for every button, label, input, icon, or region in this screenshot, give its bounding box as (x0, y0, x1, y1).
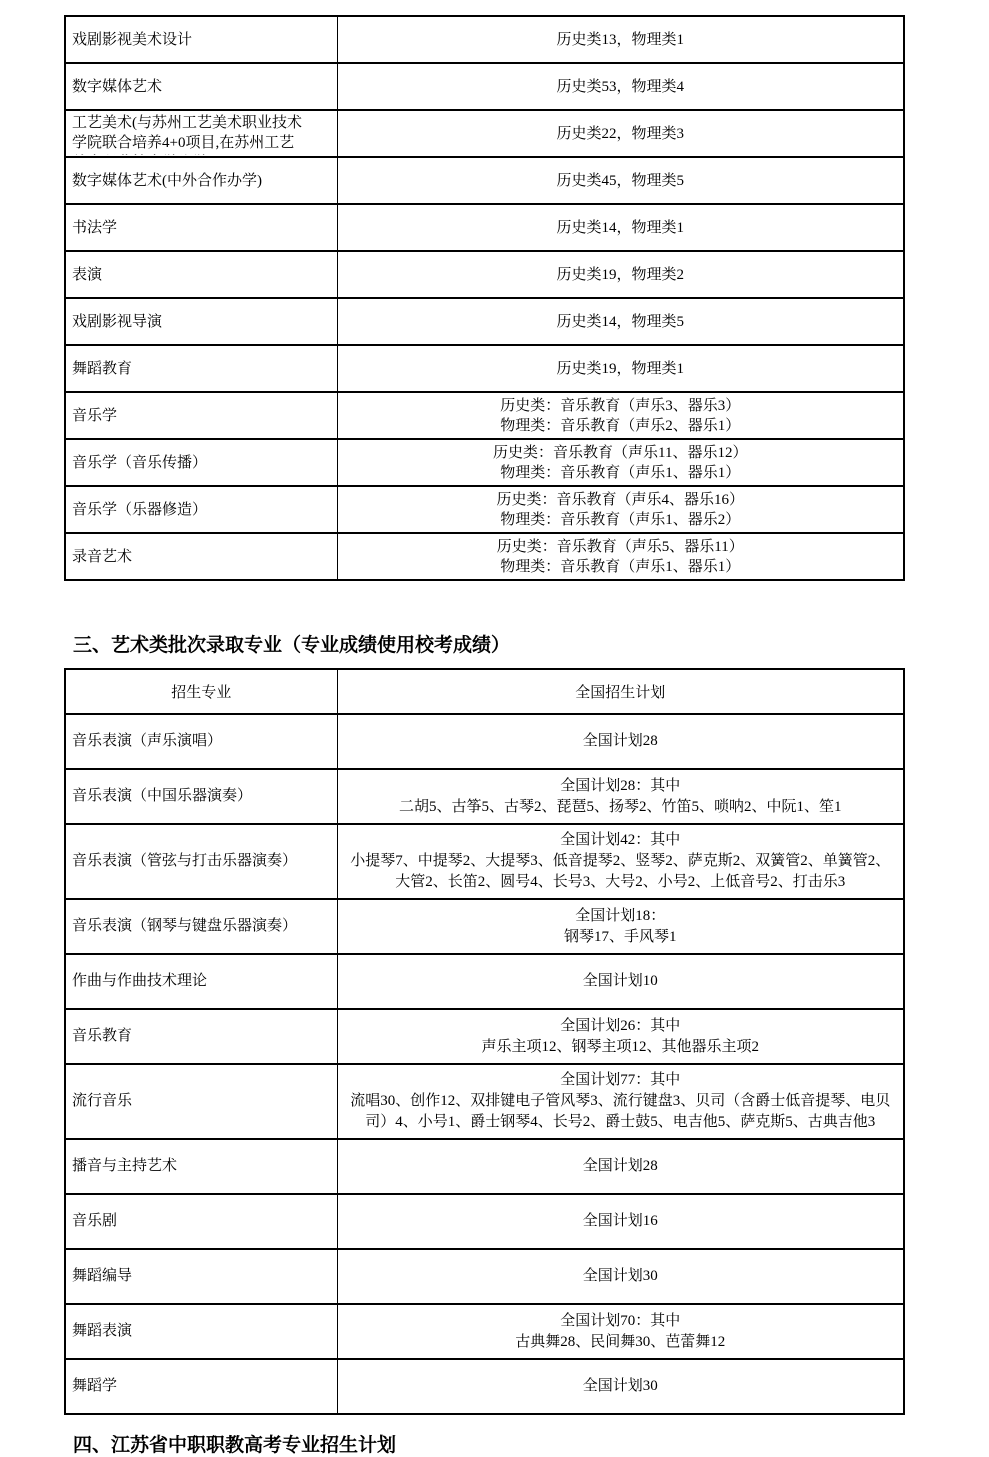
major-text: 数字媒体艺术 (66, 77, 337, 97)
table-row: 舞蹈学全国计划30 (65, 1359, 904, 1401)
text-line: 戏剧影视美术设计 (72, 30, 337, 50)
text-line: 音乐表演（中国乐器演奏） (72, 786, 337, 807)
table-row: 音乐教育全国计划26：其中声乐主项12、钢琴主项12、其他器乐主项2 (65, 1009, 904, 1064)
text-line: 全国计划10 (348, 971, 894, 992)
text-line: 历史类19，物理类2 (338, 265, 904, 285)
table-row: 音乐学（乐器修造）历史类：音乐教育（声乐4、器乐16）物理类：音乐教育（声乐1、… (65, 486, 904, 533)
table-row: 录音艺术历史类：音乐教育（声乐5、器乐11）物理类：音乐教育（声乐1、器乐1） (65, 533, 904, 580)
major-cell: 音乐学（乐器修造） (65, 486, 337, 533)
table-row: 戏剧影视美术设计历史类13，物理类1 (65, 16, 904, 63)
plan-cell: 历史类：音乐教育（声乐3、器乐3）物理类：音乐教育（声乐2、器乐1） (337, 392, 904, 439)
text-line: 小提琴7、中提琴2、大提琴3、低音提琴2、竖琴2、萨克斯2、双簧管2、单簧管2、… (348, 851, 894, 893)
text-line: 钢琴17、手风琴1 (348, 927, 894, 948)
table-row: 书法学历史类14，物理类1 (65, 204, 904, 251)
major-cell: 播音与主持艺术 (65, 1139, 337, 1194)
text-line: 全国计划26：其中 (348, 1016, 894, 1037)
major-cell: 表演 (65, 251, 337, 298)
text-line: 音乐剧 (72, 1211, 337, 1232)
school-exam-plan-table-body: 音乐表演（声乐演唱）全国计划28音乐表演（中国乐器演奏）全国计划28：其中二胡5… (65, 714, 904, 1401)
plan-cell: 全国计划70：其中古典舞28、民间舞30、芭蕾舞12 (337, 1304, 904, 1359)
text-line: 流行音乐 (72, 1091, 337, 1112)
major-cell: 舞蹈教育 (65, 345, 337, 392)
table-row: 舞蹈教育历史类19，物理类1 (65, 345, 904, 392)
major-text: 流行音乐 (66, 1091, 337, 1112)
major-cell: 录音艺术 (65, 533, 337, 580)
plan-cell: 全国计划26：其中声乐主项12、钢琴主项12、其他器乐主项2 (337, 1009, 904, 1064)
text-line: 历史类19，物理类1 (338, 359, 904, 379)
major-cell: 舞蹈表演 (65, 1304, 337, 1359)
plan-cell: 历史类：音乐教育（声乐5、器乐11）物理类：音乐教育（声乐1、器乐1） (337, 533, 904, 580)
text-line: 历史类：音乐教育（声乐11、器乐12） (338, 443, 904, 463)
major-cell: 音乐学（音乐传播） (65, 439, 337, 486)
plan-cell: 历史类14，物理类5 (337, 298, 904, 345)
table-row: 数字媒体艺术(中外合作办学)历史类45，物理类5 (65, 157, 904, 204)
major-text: 工艺美术(与苏州工艺美术职业技术学院联合培养4+0项目,在苏州工艺美术职业技术学… (66, 113, 337, 155)
major-text: 音乐教育 (66, 1026, 337, 1047)
school-exam-plan-table: 招生专业 全国招生计划 音乐表演（声乐演唱）全国计划28音乐表演（中国乐器演奏）… (64, 668, 905, 1401)
plan-cell: 全国计划10 (337, 954, 904, 1009)
major-text: 舞蹈编导 (66, 1266, 337, 1287)
text-line: 历史类：音乐教育（声乐3、器乐3） (338, 396, 904, 416)
table-row: 舞蹈表演全国计划70：其中古典舞28、民间舞30、芭蕾舞12 (65, 1304, 904, 1359)
table-row: 音乐学历史类：音乐教育（声乐3、器乐3）物理类：音乐教育（声乐2、器乐1） (65, 392, 904, 439)
plan-cell: 全国计划28：其中二胡5、古筝5、古琴2、琵琶5、扬琴2、竹笛5、唢呐2、中阮1… (337, 769, 904, 824)
text-line: 数字媒体艺术 (72, 77, 337, 97)
table-row: 戏剧影视导演历史类14，物理类5 (65, 298, 904, 345)
major-text: 音乐学 (66, 406, 337, 426)
major-text: 数字媒体艺术(中外合作办学) (66, 171, 337, 191)
major-cell: 音乐教育 (65, 1009, 337, 1064)
major-cell: 工艺美术(与苏州工艺美术职业技术学院联合培养4+0项目,在苏州工艺美术职业技术学… (65, 110, 337, 157)
text-line: 全国计划16 (348, 1211, 894, 1232)
text-line: 作曲与作曲技术理论 (72, 971, 337, 992)
plan-cell: 历史类22，物理类3 (337, 110, 904, 157)
text-line: 音乐学（音乐传播） (72, 453, 337, 473)
text-line: 全国计划28 (348, 731, 894, 752)
text-line: 全国计划28 (348, 1156, 894, 1177)
major-text: 舞蹈学 (66, 1376, 337, 1397)
text-line: 历史类13，物理类1 (338, 30, 904, 50)
major-text: 舞蹈表演 (66, 1321, 337, 1342)
major-text: 书法学 (66, 218, 337, 238)
text-line: 戏剧影视导演 (72, 312, 337, 332)
plan-cell: 全国计划77：其中流唱30、创作12、双排键电子管风琴3、流行键盘3、贝司（含爵… (337, 1064, 904, 1139)
section-heading-school-exam: 三、艺术类批次录取专业（专业成绩使用校考成绩） (64, 634, 905, 657)
table-row: 音乐学（音乐传播）历史类：音乐教育（声乐11、器乐12）物理类：音乐教育（声乐1… (65, 439, 904, 486)
text-line: 数字媒体艺术(中外合作办学) (72, 171, 337, 191)
major-text: 录音艺术 (66, 547, 337, 567)
text-line: 音乐学 (72, 406, 337, 426)
table-row: 表演历史类19，物理类2 (65, 251, 904, 298)
plan-cell: 全国计划28 (337, 714, 904, 769)
column-header-major: 招生专业 (65, 669, 337, 714)
major-text: 戏剧影视美术设计 (66, 30, 337, 50)
text-line: 全国计划70：其中 (348, 1311, 894, 1332)
table-row: 音乐表演（中国乐器演奏）全国计划28：其中二胡5、古筝5、古琴2、琵琶5、扬琴2… (65, 769, 904, 824)
major-text: 音乐学（音乐传播） (66, 453, 337, 473)
text-line: 历史类45，物理类5 (338, 171, 904, 191)
major-text: 音乐表演（管弦与打击乐器演奏） (66, 851, 337, 872)
major-cell: 音乐剧 (65, 1194, 337, 1249)
major-cell: 数字媒体艺术(中外合作办学) (65, 157, 337, 204)
major-text: 音乐表演（声乐演唱） (66, 731, 337, 752)
text-line: 历史类22，物理类3 (338, 124, 904, 144)
major-text: 作曲与作曲技术理论 (66, 971, 337, 992)
text-line: 历史类：音乐教育（声乐4、器乐16） (338, 490, 904, 510)
column-header-national-plan: 全国招生计划 (337, 669, 904, 714)
major-text: 戏剧影视导演 (66, 312, 337, 332)
text-line: 工艺美术(与苏州工艺美术职业技术 (72, 113, 337, 133)
major-cell: 数字媒体艺术 (65, 63, 337, 110)
document-page: 戏剧影视美术设计历史类13，物理类1数字媒体艺术历史类53，物理类4工艺美术(与… (64, 15, 905, 1401)
plan-cell: 全国计划28 (337, 1139, 904, 1194)
major-cell: 戏剧影视导演 (65, 298, 337, 345)
text-line: 表演 (72, 265, 337, 285)
table-row: 音乐剧全国计划16 (65, 1194, 904, 1249)
text-line: 历史类53，物理类4 (338, 77, 904, 97)
text-line: 物理类：音乐教育（声乐2、器乐1） (338, 416, 904, 436)
text-line: 书法学 (72, 218, 337, 238)
text-line: 古典舞28、民间舞30、芭蕾舞12 (348, 1332, 894, 1353)
plan-cell: 全国计划30 (337, 1359, 904, 1401)
plan-cell: 全国计划30 (337, 1249, 904, 1304)
table-row: 播音与主持艺术全国计划28 (65, 1139, 904, 1194)
major-text: 音乐学（乐器修造） (66, 500, 337, 520)
table-row: 音乐表演（管弦与打击乐器演奏）全国计划42：其中小提琴7、中提琴2、大提琴3、低… (65, 824, 904, 899)
text-line: 舞蹈编导 (72, 1266, 337, 1287)
table-row: 流行音乐全国计划77：其中流唱30、创作12、双排键电子管风琴3、流行键盘3、贝… (65, 1064, 904, 1139)
text-line: 历史类14，物理类1 (338, 218, 904, 238)
text-line: 音乐表演（声乐演唱） (72, 731, 337, 752)
major-cell: 音乐表演（钢琴与键盘乐器演奏） (65, 899, 337, 954)
text-line: 舞蹈表演 (72, 1321, 337, 1342)
text-line: 全国计划28：其中 (348, 776, 894, 797)
plan-cell: 全国计划16 (337, 1194, 904, 1249)
text-line: 全国计划77：其中 (348, 1070, 894, 1091)
plan-cell: 历史类19，物理类1 (337, 345, 904, 392)
provincial-art-plan-table: 戏剧影视美术设计历史类13，物理类1数字媒体艺术历史类53，物理类4工艺美术(与… (64, 15, 905, 581)
table-row: 音乐表演（钢琴与键盘乐器演奏）全国计划18：钢琴17、手风琴1 (65, 899, 904, 954)
major-cell: 书法学 (65, 204, 337, 251)
plan-cell: 历史类14，物理类1 (337, 204, 904, 251)
major-text: 音乐表演（中国乐器演奏） (66, 786, 337, 807)
text-line: 全国计划18： (348, 906, 894, 927)
major-text: 播音与主持艺术 (66, 1156, 337, 1177)
plan-cell: 全国计划42：其中小提琴7、中提琴2、大提琴3、低音提琴2、竖琴2、萨克斯2、双… (337, 824, 904, 899)
text-line: 物理类：音乐教育（声乐1、器乐2） (338, 510, 904, 530)
major-text: 音乐表演（钢琴与键盘乐器演奏） (66, 916, 337, 937)
major-text: 表演 (66, 265, 337, 285)
text-line: 物理类：音乐教育（声乐1、器乐1） (338, 557, 904, 577)
text-line: 音乐表演（管弦与打击乐器演奏） (72, 851, 337, 872)
plan-cell: 历史类：音乐教育（声乐4、器乐16）物理类：音乐教育（声乐1、器乐2） (337, 486, 904, 533)
table-row: 音乐表演（声乐演唱）全国计划28 (65, 714, 904, 769)
plan-cell: 历史类：音乐教育（声乐11、器乐12）物理类：音乐教育（声乐1、器乐1） (337, 439, 904, 486)
text-line: 音乐学（乐器修造） (72, 500, 337, 520)
text-line: 播音与主持艺术 (72, 1156, 337, 1177)
text-line: 音乐教育 (72, 1026, 337, 1047)
school-exam-plan-table-head: 招生专业 全国招生计划 (65, 669, 904, 714)
major-cell: 音乐学 (65, 392, 337, 439)
plan-cell: 历史类19，物理类2 (337, 251, 904, 298)
text-line: 全国计划30 (348, 1376, 894, 1397)
major-cell: 音乐表演（管弦与打击乐器演奏） (65, 824, 337, 899)
major-cell: 作曲与作曲技术理论 (65, 954, 337, 1009)
table-row: 工艺美术(与苏州工艺美术职业技术学院联合培养4+0项目,在苏州工艺美术职业技术学… (65, 110, 904, 157)
text-line: 全国计划30 (348, 1266, 894, 1287)
text-line: 美术职业技术学院学习) (72, 153, 337, 155)
text-line: 舞蹈学 (72, 1376, 337, 1397)
major-cell: 舞蹈编导 (65, 1249, 337, 1304)
major-cell: 舞蹈学 (65, 1359, 337, 1401)
text-line: 声乐主项12、钢琴主项12、其他器乐主项2 (348, 1037, 894, 1058)
major-text: 音乐剧 (66, 1211, 337, 1232)
text-line: 二胡5、古筝5、古琴2、琵琶5、扬琴2、竹笛5、唢呐2、中阮1、笙1 (348, 797, 894, 818)
text-line: 物理类：音乐教育（声乐1、器乐1） (338, 463, 904, 483)
text-line: 历史类：音乐教育（声乐5、器乐11） (338, 537, 904, 557)
major-cell: 戏剧影视美术设计 (65, 16, 337, 63)
table-row: 作曲与作曲技术理论全国计划10 (65, 954, 904, 1009)
table-row: 数字媒体艺术历史类53，物理类4 (65, 63, 904, 110)
text-line: 学院联合培养4+0项目,在苏州工艺 (72, 133, 337, 153)
text-line: 舞蹈教育 (72, 359, 337, 379)
text-line: 音乐表演（钢琴与键盘乐器演奏） (72, 916, 337, 937)
text-line: 流唱30、创作12、双排键电子管风琴3、流行键盘3、贝司（含爵士低音提琴、电贝司… (348, 1091, 894, 1133)
major-cell: 音乐表演（中国乐器演奏） (65, 769, 337, 824)
major-cell: 音乐表演（声乐演唱） (65, 714, 337, 769)
major-text: 舞蹈教育 (66, 359, 337, 379)
table-row: 舞蹈编导全国计划30 (65, 1249, 904, 1304)
text-line: 录音艺术 (72, 547, 337, 567)
table-header-row: 招生专业 全国招生计划 (65, 669, 904, 714)
text-line: 历史类14，物理类5 (338, 312, 904, 332)
plan-cell: 历史类45，物理类5 (337, 157, 904, 204)
text-line: 全国计划42：其中 (348, 830, 894, 851)
plan-cell: 历史类13，物理类1 (337, 16, 904, 63)
major-cell: 流行音乐 (65, 1064, 337, 1139)
provincial-art-plan-table-body: 戏剧影视美术设计历史类13，物理类1数字媒体艺术历史类53，物理类4工艺美术(与… (65, 16, 904, 580)
plan-cell: 全国计划18：钢琴17、手风琴1 (337, 899, 904, 954)
plan-cell: 历史类53，物理类4 (337, 63, 904, 110)
